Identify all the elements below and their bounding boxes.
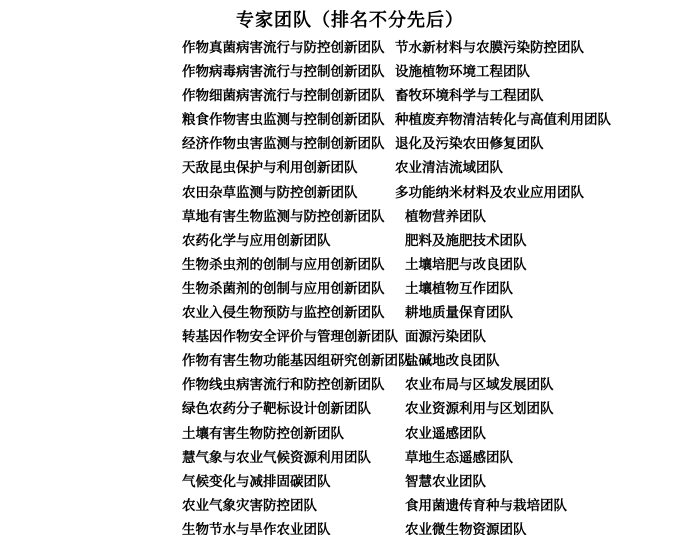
team-list-item: 肥料及施肥技术团队 [395,229,611,253]
team-list-item: 农业气象灾害防控团队 [182,494,412,518]
team-list-item: 土壤有害生物防控创新团队 [182,422,412,446]
team-list-item: 土壤培肥与改良团队 [395,253,611,277]
team-list-item: 农业资源利用与区划团队 [395,397,611,421]
team-list-item: 生物节水与旱作农业团队 [182,518,412,535]
expert-teams-page: 专家团队（排名不分先后） 作物真菌病害流行与防控创新团队作物病毒病害流行与控制创… [0,0,700,535]
team-list-item: 转基因作物安全评价与管理创新团队 [182,325,412,349]
team-list-item: 土壤植物互作团队 [395,277,611,301]
team-column-right: 节水新材料与农膜污染防控团队设施植物环境工程团队畜牧环境科学与工程团队种植废弃物… [395,36,611,535]
team-list-item: 草地有害生物监测与防控创新团队 [182,205,412,229]
team-list-item: 作物真菌病害流行与防控创新团队 [182,36,412,60]
team-list-item: 生物杀菌剂的创制与应用创新团队 [182,277,412,301]
team-list-item: 面源污染团队 [395,325,611,349]
team-list-item: 气候变化与减排固碳团队 [182,470,412,494]
team-list-item: 慧气象与农业气候资源利用团队 [182,446,412,470]
team-list-item: 作物线虫病害流行和防控创新团队 [182,373,412,397]
team-list-item: 退化及污染农田修复团队 [395,132,611,156]
team-list-item: 粮食作物害虫监测与控制创新团队 [182,108,412,132]
team-list-item: 植物营养团队 [395,205,611,229]
team-list-item: 耕地质量保育团队 [395,301,611,325]
team-list-item: 作物病毒病害流行与控制创新团队 [182,60,412,84]
team-list-item: 农业微生物资源团队 [395,518,611,535]
team-list-item: 盐碱地改良团队 [395,349,611,373]
team-list-item: 多功能纳米材料及农业应用团队 [395,181,611,205]
team-list-item: 农药化学与应用创新团队 [182,229,412,253]
team-list-item: 种植废弃物清洁转化与高值利用团队 [395,108,611,132]
team-list-item: 草地生态遥感团队 [395,446,611,470]
team-list-item: 设施植物环境工程团队 [395,60,611,84]
team-list-item: 畜牧环境科学与工程团队 [395,84,611,108]
team-list-item: 绿色农药分子靶标设计创新团队 [182,397,412,421]
team-column-left: 作物真菌病害流行与防控创新团队作物病毒病害流行与控制创新团队作物细菌病害流行与控… [182,36,412,535]
team-list-item: 食用菌遗传育种与栽培团队 [395,494,611,518]
team-list-item: 生物杀虫剂的创制与应用创新团队 [182,253,412,277]
team-list-item: 节水新材料与农膜污染防控团队 [395,36,611,60]
team-list-item: 作物有害生物功能基因组研究创新团队 [182,349,412,373]
team-list-item: 农业清洁流域团队 [395,156,611,180]
team-list-item: 农业遥感团队 [395,422,611,446]
team-list-item: 农业布局与区域发展团队 [395,373,611,397]
team-list-item: 作物细菌病害流行与控制创新团队 [182,84,412,108]
team-list-item: 农田杂草监测与防控创新团队 [182,181,412,205]
team-list-item: 智慧农业团队 [395,470,611,494]
team-list-item: 农业入侵生物预防与监控创新团队 [182,301,412,325]
team-list-item: 天敌昆虫保护与利用创新团队 [182,156,412,180]
team-list-item: 经济作物虫害监测与控制创新团队 [182,132,412,156]
page-title: 专家团队（排名不分先后） [0,6,700,32]
